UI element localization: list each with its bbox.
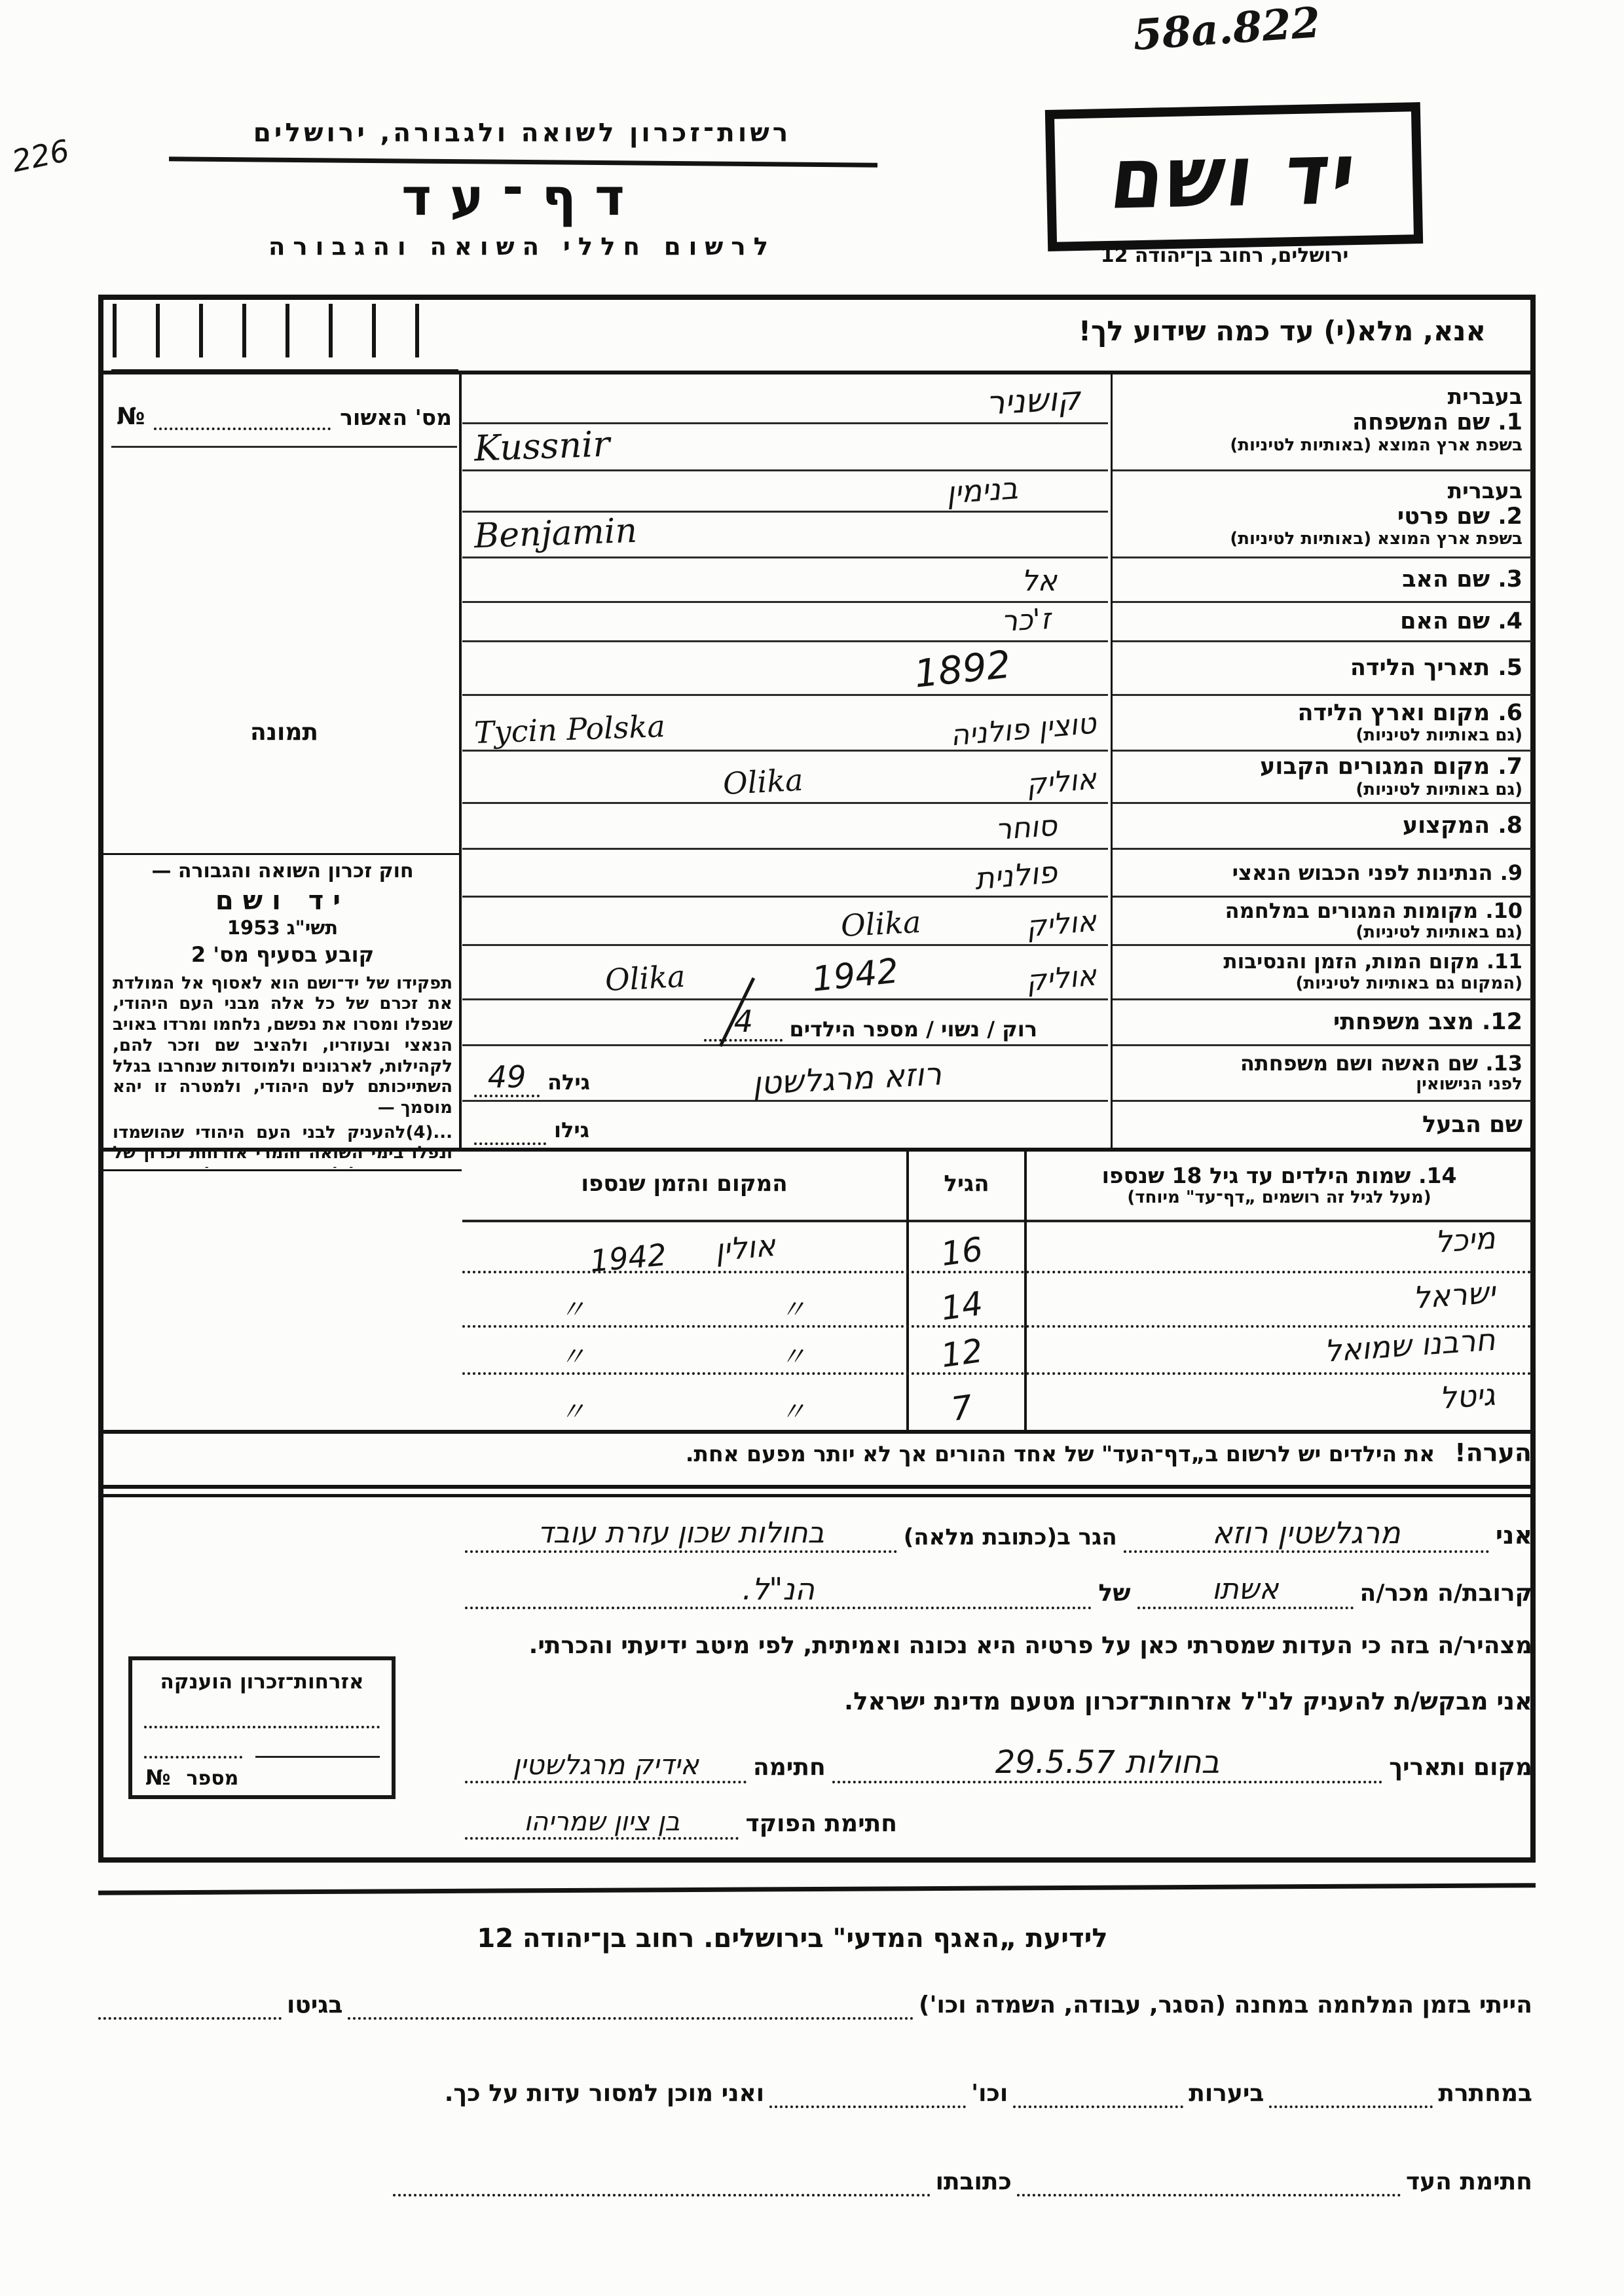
authority-title: רשות־זכרון לשואה ולגבורה, ירושלים xyxy=(167,119,877,149)
birthplace-sub-label: (גם באותיות לטיניות) xyxy=(1122,726,1522,746)
answer-father-name: אל xyxy=(462,558,1108,603)
declarant-name-handwritten: מרגלשטין רוזא xyxy=(1124,1516,1489,1553)
occupation-field-label: המקצוע xyxy=(1403,812,1490,839)
husband-age-dotted xyxy=(474,1116,546,1145)
answer-surname-hebrew: קושניר xyxy=(462,371,1108,424)
wife-name-value: רוזא מרגלשטן xyxy=(597,1048,1097,1110)
wife-sub-label: לפני הנישואין xyxy=(1122,1075,1522,1095)
witness-signature-line: חתימת העד כתובתו xyxy=(393,2157,1532,2196)
birth-place-latin-value: Tycin Polska xyxy=(473,709,665,750)
child-row-2: ישראל 14 〃 〃 xyxy=(462,1273,1532,1328)
field-label-mother: 4. שם האם xyxy=(1113,603,1532,642)
witness-sig-label: חתימת העד xyxy=(1406,2168,1532,2195)
surname-hebrew-value: קושניר xyxy=(986,380,1082,422)
field-label-residence: 7. מקום המגורים הקבוע (גם באותיות לטיניו… xyxy=(1113,752,1532,804)
marital-field-label: מצב משפחתי xyxy=(1333,1009,1474,1035)
occupation-field-no: 8. xyxy=(1498,812,1522,839)
law-clause: קובע בסעיף מס' 2 xyxy=(110,943,455,967)
answer-husband-age: גילו xyxy=(462,1102,1108,1150)
field-label-occupation: 8. המקצוע xyxy=(1113,804,1532,850)
child-3-place-ditto: 〃 xyxy=(780,1342,806,1372)
approval-dotted-line xyxy=(154,401,331,430)
child-4-place-ditto: 〃 xyxy=(780,1397,806,1427)
place-date-handwritten: בחולות 29.5.57 xyxy=(832,1745,1383,1783)
death-field-label: מקום המות, הזמן והנסיבות xyxy=(1223,950,1479,974)
reference-number-comb xyxy=(111,304,458,373)
war-residence-latin-value: Olika xyxy=(840,905,922,943)
father-name-value: אל xyxy=(1022,565,1057,598)
citizenship-value: פולנית xyxy=(973,855,1058,897)
law-sidebar: חוק זכרון השואה והגבורה — יד ושם תשי"ג 1… xyxy=(110,860,455,1168)
clerk-signature-label: חתימת הפוקד xyxy=(745,1810,897,1837)
camp-ghetto-line: הייתי בזמן המלחמה במחנה (הסגר, עבודה, הש… xyxy=(98,1980,1532,2020)
form-subtitle: לרשום חללי השואה והגבורה xyxy=(167,233,877,261)
war-residence-field-label: מקומות המגורים במלחמה xyxy=(1225,898,1479,923)
photo-placeholder-label: תמונה xyxy=(111,719,457,746)
declarant-address-handwritten: בחולות שכון עזרת עובד xyxy=(465,1517,897,1553)
death-sub-label: (המקום גם באותיות לטיניות) xyxy=(1122,974,1522,994)
relation-handwritten: אשתו xyxy=(1137,1573,1354,1609)
father-field-label: שם האב xyxy=(1402,566,1490,592)
archive-number-handwritten: 58a.822 xyxy=(1132,0,1322,60)
wife-age-dotted: 49 xyxy=(474,1060,540,1097)
residence-field-label: מקום המגורים הקבוע xyxy=(1260,754,1490,780)
surname-pre-label: בעברית xyxy=(1122,384,1522,409)
law-year: תשי"ג 1953 xyxy=(110,917,455,939)
camp-dotted xyxy=(348,1988,913,2020)
answer-birth-place: טוצין פולניה Tycin Polska xyxy=(462,696,1108,752)
children-sub-label: (מעל לגיל זה רושמים „דף־עד" מיוחד) xyxy=(1027,1188,1532,1208)
answer-surname-latin: Kussnir xyxy=(462,424,1108,471)
children-table-bottom-rule xyxy=(103,1430,1532,1434)
law-text: תפקידו של יד־ושם הוא לאסוף אל המולדת את … xyxy=(110,974,455,1119)
answer-birth-date: 1892 xyxy=(462,642,1108,696)
child-4-age: 7 xyxy=(901,1381,1023,1435)
surname-field-label: שם המשפחה xyxy=(1352,409,1490,435)
form-title: דף־עד xyxy=(167,169,877,228)
child-2-age: 14 xyxy=(901,1279,1023,1333)
memorial-no-sign: № xyxy=(145,1766,171,1790)
field-label-firstname: בעברית 2. שם פרטי בשפת ארץ המוצא (באותיו… xyxy=(1113,471,1532,558)
citizenship-field-no: 9. xyxy=(1500,860,1522,885)
mother-name-value: ז'כר xyxy=(1000,603,1051,638)
note-row: הערה! את הילדים יש לרשום ב„דף־העד" של אח… xyxy=(462,1439,1532,1468)
forests-dotted xyxy=(1013,2077,1183,2108)
wife-age-label: גילה xyxy=(547,1070,590,1095)
surname-latin-value: Kussnir xyxy=(473,424,610,469)
witness-address-dotted xyxy=(393,2165,931,2196)
answer-residence: אוליק Olika xyxy=(462,752,1108,804)
sidebar-bottom-rule xyxy=(103,1169,462,1171)
wife-age-value: 49 xyxy=(488,1059,526,1095)
left-column-divider xyxy=(459,371,462,1150)
main-form-box: אנא, מלא(י) עד כמה שידוע לך! מס' האשור №… xyxy=(98,295,1536,1863)
children-field-no: 14. xyxy=(1418,1163,1456,1188)
declaration-statement: מצהיר/ה בזה כי העדות שמסרתי כאן על פרטיה… xyxy=(465,1632,1532,1659)
answer-occupation: סוחר xyxy=(462,804,1108,850)
child-row-4: גיטל 7 〃 〃 xyxy=(462,1375,1532,1427)
ghetto-label: בגיטו xyxy=(287,1992,342,2018)
of-label: של xyxy=(1098,1580,1130,1607)
of-whom-handwritten: הנ"ל. xyxy=(465,1572,1092,1609)
forests-label: ביערות xyxy=(1189,2080,1264,2107)
residence-hebrew-value: אוליק xyxy=(1025,763,1098,803)
clerk-signature-handwritten: בן ציון שמריהו xyxy=(465,1807,739,1840)
answer-wife-name: רוזא מרגלשטן גילה 49 xyxy=(462,1046,1108,1102)
page-number-handwritten: 226 xyxy=(9,133,72,179)
yad-vashem-logo: יד ושם xyxy=(1045,102,1423,251)
resident-label: הגר ב(כתובת מלאה) xyxy=(904,1525,1117,1550)
child-2-place-ditto: 〃 xyxy=(780,1295,806,1325)
birthplace-field-no: 6. xyxy=(1498,700,1522,726)
answer-death-place: אוליק 1942 Olika xyxy=(462,946,1108,1000)
declaration-top-rule-1 xyxy=(103,1485,1532,1489)
children-age-header: הגיל xyxy=(909,1152,1024,1222)
note-text: את הילדים יש לרשום ב„דף־העד" של אחד ההור… xyxy=(686,1442,1435,1467)
occupation-value: סוחר xyxy=(994,810,1058,847)
signature-label: חתימה xyxy=(753,1754,826,1781)
child-row-3: חרבנו שמואל 12 〃 〃 xyxy=(462,1328,1532,1375)
memorial-number-label: מספר xyxy=(187,1768,239,1791)
field-label-wife: 13. שם האשה ושם משפחתה לפני הנישואין xyxy=(1113,1046,1532,1102)
war-residence-field-no: 10. xyxy=(1485,898,1522,923)
witness-address-label: כתובתו xyxy=(936,2168,1012,2195)
approval-label: מס' האשור xyxy=(340,405,452,430)
logo-address: ירושלים, רחוב בן־יהודה 12 xyxy=(1048,245,1401,268)
scanned-testimony-page: 58a.822 226 רשות־זכרון לשואה ולגבורה, יר… xyxy=(0,0,1624,2296)
marital-field-no: 12. xyxy=(1482,1009,1522,1035)
place-date-signature-line: מקום ותאריך בחולות 29.5.57 חתימה אידיק מ… xyxy=(465,1740,1532,1783)
child-3-age: 12 xyxy=(901,1326,1023,1380)
answer-mother-name: ז'כר xyxy=(462,603,1108,642)
sidebar-top-rule xyxy=(103,853,462,855)
firstname-field-no: 2. xyxy=(1498,503,1522,530)
law-title: חוק זכרון השואה והגבורה — xyxy=(110,860,455,883)
relation-line: קרובת/ה מכר/ה אשתו של הנ"ל. xyxy=(465,1571,1532,1609)
residence-latin-value: Olika xyxy=(722,763,804,801)
surname-field-no: 1. xyxy=(1498,409,1522,435)
death-place-hebrew-value: אוליק xyxy=(1025,960,1098,999)
firstname-latin-value: Benjamin xyxy=(473,512,638,556)
answer-marital-status: רוק / נשוי / מספר הילדים 4 xyxy=(462,1000,1108,1046)
answer-war-residence: אוליק Olika xyxy=(462,898,1108,946)
field-label-citizenship: 9. הנתינות לפני הכבוש הנאצי xyxy=(1113,850,1532,898)
firstname-sub-label: בשפת ארץ המוצא (באותיות לטיניות) xyxy=(1122,530,1522,549)
death-place-latin-value: Olika xyxy=(604,959,686,998)
bottom-section-rule xyxy=(98,1883,1536,1895)
wife-field-no: 13. xyxy=(1485,1051,1522,1076)
law-logo-text: יד ושם xyxy=(110,886,455,916)
wife-field-label: שם האשה ושם משפחתה xyxy=(1240,1051,1478,1076)
memorial-box-number-row: מספר № xyxy=(145,1766,238,1791)
residence-field-no: 7. xyxy=(1498,754,1522,780)
note-head: הערה! xyxy=(1454,1439,1532,1468)
death-field-no: 11. xyxy=(1486,950,1522,974)
child-4-year-ditto: 〃 xyxy=(559,1397,585,1427)
memorial-citizenship-title: אזרחות־זכרון הוענקה xyxy=(132,1671,392,1694)
approval-no-sign: № xyxy=(117,403,145,430)
header-rule xyxy=(169,156,877,167)
declarant-i-label: אני xyxy=(1496,1522,1532,1550)
underground-label: במחתרת xyxy=(1438,2080,1532,2107)
field-label-marital: 12. מצב משפחתי xyxy=(1113,1000,1532,1046)
clerk-signature-line: חתימת הפוקד בן ציון שמריהו xyxy=(465,1800,897,1840)
etc-label: וכו' xyxy=(971,2080,1008,2107)
firstname-hebrew-value: בנימין xyxy=(945,471,1019,510)
answer-firstname-latin: Benjamin xyxy=(462,513,1108,558)
ghetto-dotted xyxy=(98,1988,282,2020)
war-residence-hebrew-value: אוליק xyxy=(1025,905,1098,945)
mother-field-no: 4. xyxy=(1498,608,1522,634)
children-place-header: המקום והזמן שנספו xyxy=(462,1152,906,1222)
birthplace-field-label: מקום וארץ הלידה xyxy=(1297,700,1490,726)
field-label-war-residence: 10. מקומות המגורים במלחמה (גם באותיות לט… xyxy=(1113,898,1532,946)
testify-label: ואני מוכן למסור עדות על כך. xyxy=(445,2080,764,2107)
camp-label: הייתי בזמן המלחמה במחנה (הסגר, עבודה, הש… xyxy=(919,1992,1532,2018)
field-label-father: 3. שם האב xyxy=(1113,558,1532,603)
husband-field-label: שם הבעל xyxy=(1122,1112,1522,1138)
approval-number-row: מס' האשור № xyxy=(111,377,457,448)
citizenship-field-label: הנתינות לפני הכבוש הנאצי xyxy=(1232,860,1493,885)
field-label-birthplace: 6. מקום וארץ הלידה (גם באותיות לטיניות) xyxy=(1113,696,1532,752)
field-label-death: 11. מקום המות, הזמן והנסיבות (המקום גם ב… xyxy=(1113,946,1532,1000)
firstname-field-label: שם פרטי xyxy=(1397,503,1490,530)
underground-forests-line: במחתרת ביערות וכו' ואני מוכן למסור עדות … xyxy=(98,2069,1532,2108)
declarant-line: אני מרגלשטין רוזא הגר ב(כתובת מלאה) בחול… xyxy=(465,1512,1532,1553)
marital-options-label: רוק / נשוי / מספר הילדים xyxy=(789,1017,1037,1042)
firstname-pre-label: בעברית xyxy=(1122,479,1522,503)
field-label-husband: שם הבעל xyxy=(1113,1102,1532,1150)
death-year-value: 1942 xyxy=(811,952,901,1000)
answer-firstname-hebrew: בנימין xyxy=(462,471,1108,513)
declaration-top-rule-2 xyxy=(103,1494,1532,1497)
memorial-citizenship-box: אזרחות־זכרון הוענקה מספר № xyxy=(128,1656,396,1799)
child-3-year-ditto: 〃 xyxy=(559,1342,585,1372)
war-residence-sub-label: (גם באותיות לטיניות) xyxy=(1122,923,1522,943)
birth-place-hebrew-value: טוצין פולניה xyxy=(949,708,1098,754)
birth-date-value: 1892 xyxy=(912,643,1013,697)
citizenship-request: אני מבקש/ת להעניק לנ"ל אזרחות־זכרון מטעם… xyxy=(465,1688,1532,1716)
husband-age-label: גילו xyxy=(554,1118,589,1142)
field-label-surname: בעברית 1. שם המשפחה בשפת ארץ המוצא (באות… xyxy=(1113,371,1532,471)
children-field-label: שמות הילדים עד גיל 18 שנספו xyxy=(1102,1163,1411,1188)
underground-dotted xyxy=(1269,2077,1433,2108)
residence-sub-label: (גם באותיות לטיניות) xyxy=(1122,780,1522,800)
memorial-box-dotted-2 xyxy=(144,1734,242,1758)
law-amendment: ...(4)להעניק לבני העם היהודי שהושמדו ונפ… xyxy=(110,1123,455,1168)
memorial-box-solid-line xyxy=(255,1734,380,1758)
birthdate-field-label: תאריך הלידה xyxy=(1350,655,1490,681)
child-1-age: 16 xyxy=(901,1225,1023,1279)
child-row-1: מיכל 16 אולין 1942 xyxy=(462,1222,1532,1273)
surname-sub-label: בשפת ארץ המוצא (באותיות לטיניות) xyxy=(1122,436,1522,456)
mother-field-label: שם האם xyxy=(1400,608,1490,634)
witness-signature-handwritten: אידיק מרגלשטין xyxy=(465,1749,747,1783)
yad-vashem-logo-text: יד ושם xyxy=(1105,125,1363,228)
scientific-dept-title: לידיעת „האגף המדעי" בירושלים. רחוב בן־יה… xyxy=(314,1923,1270,1954)
answer-citizenship: פולנית xyxy=(462,850,1108,898)
field-label-birthdate: 5. תאריך הלידה xyxy=(1113,642,1532,696)
memorial-box-dotted-1 xyxy=(144,1704,380,1728)
place-date-label: מקום ותאריך xyxy=(1389,1754,1532,1781)
etc-dotted xyxy=(769,2077,966,2108)
relation-label: קרובת/ה מכר/ה xyxy=(1360,1580,1533,1607)
children-names-header: 14. שמות הילדים עד גיל 18 שנספו (מעל לגי… xyxy=(1027,1152,1532,1222)
father-field-no: 3. xyxy=(1498,566,1522,592)
witness-sig-dotted xyxy=(1017,2165,1401,2196)
child-4-name: גיטל xyxy=(1020,1375,1532,1445)
fill-instruction: אנא, מלא(י) עד כמה שידוע לך! xyxy=(1040,316,1524,347)
children-count-dotted: 4 xyxy=(704,1004,783,1042)
child-2-year-ditto: 〃 xyxy=(559,1295,585,1325)
birthdate-field-no: 5. xyxy=(1498,655,1522,681)
